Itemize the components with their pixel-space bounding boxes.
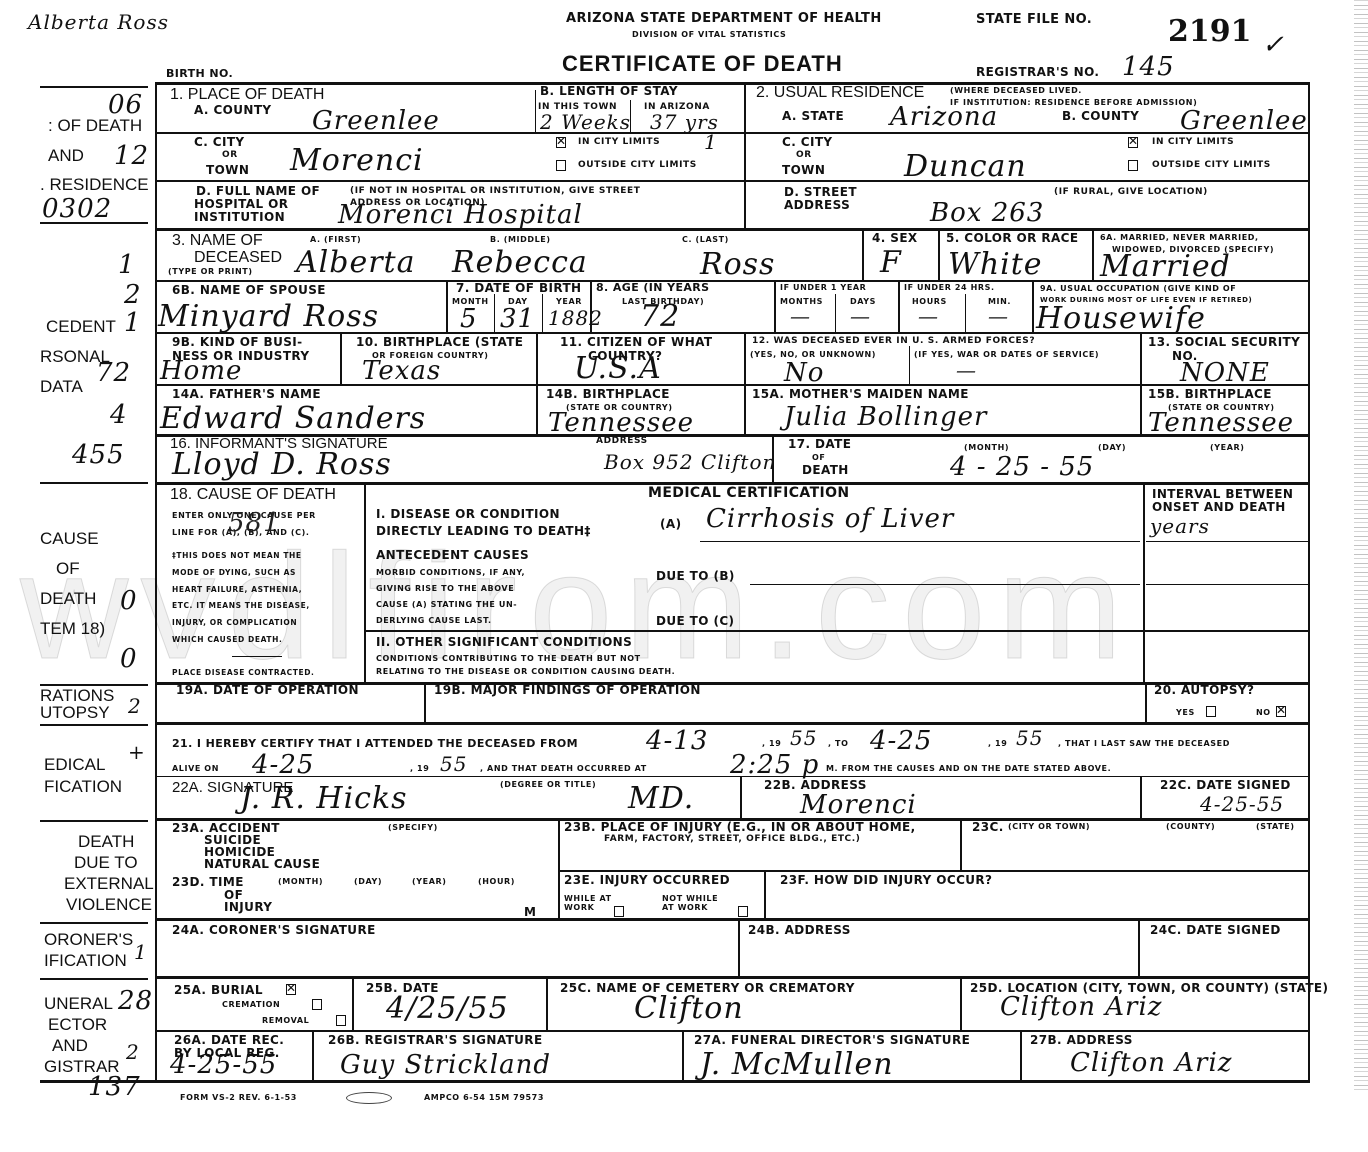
disease-label-2: DIRECTLY LEADING TO DEATH‡	[376, 525, 591, 538]
coroner-signature-label: 24A. CORONER'S SIGNATURE	[172, 924, 376, 937]
divider	[1020, 1030, 1022, 1080]
degree-label: (DEGREE OR TITLE)	[500, 781, 596, 790]
name-label-2: DECEASED	[194, 249, 282, 267]
place-contracted-label: PLACE DISEASE CONTRACTED.	[172, 669, 314, 677]
stay-label: B. LENGTH OF STAY	[540, 85, 678, 98]
margin-rule	[40, 482, 148, 484]
death-date-value[interactable]: 4 - 25 - 55	[950, 454, 1094, 480]
divider	[740, 776, 742, 818]
burial-checkbox[interactable]	[286, 984, 296, 995]
cause-code-mark: 581	[228, 510, 281, 536]
autopsy-no-label: NO	[1256, 709, 1271, 718]
attended-from-value[interactable]: 4-13	[646, 728, 708, 754]
check-mark: ✓	[1262, 32, 1285, 58]
divider	[965, 294, 966, 332]
alive-on-year[interactable]: 55	[440, 754, 467, 774]
time-of-injury-label-3: INJURY	[224, 901, 272, 914]
divider	[1145, 682, 1147, 722]
printer-mark: AMPCO 6-54 15M 79573	[424, 1094, 544, 1103]
margin-code: 12	[114, 143, 149, 169]
margin-code: 2	[126, 1042, 140, 1062]
armed-forces-label: 12. WAS DECEASED EVER IN U. S. ARMED FOR…	[752, 337, 1035, 347]
place-of-injury-label: 23B. PLACE OF INJURY (E.G., IN OR ABOUT …	[564, 821, 916, 834]
cause-instructions: INJURY, OR COMPLICATION	[172, 619, 297, 627]
marital-label: 6A. MARRIED, NEVER MARRIED,	[1100, 234, 1259, 243]
margin-code: 2	[128, 696, 142, 716]
operation-findings-label: 19B. MAJOR FINDINGS OF OPERATION	[434, 684, 701, 697]
margin-label: CAUSE	[40, 530, 99, 547]
rule	[156, 228, 1310, 231]
degree-value[interactable]: MD.	[628, 784, 694, 814]
marital-value[interactable]: Married	[1100, 252, 1231, 282]
divider	[682, 1030, 684, 1080]
year-col-label: (YEAR)	[1210, 444, 1245, 453]
margin-label: TEM 18)	[40, 620, 105, 637]
frame-right	[1308, 82, 1310, 1082]
disease-label: I. DISEASE OR CONDITION	[376, 508, 560, 521]
spouse-value[interactable]: Minyard Ross	[158, 302, 379, 332]
res-county-value[interactable]: Greenlee	[1180, 108, 1308, 134]
street-note: (IF RURAL, GIVE LOCATION)	[1054, 188, 1208, 198]
occupation-label: 9A. USUAL OCCUPATION (GIVE KIND OF	[1040, 285, 1236, 294]
date-received-value[interactable]: 4-25-55	[170, 1052, 277, 1078]
margin-label: EDICAL	[44, 756, 105, 773]
city-label-town: TOWN	[206, 164, 249, 177]
cause-instructions: ‡THIS DOES NOT MEAN THE	[172, 552, 302, 560]
medical-certification-heading: MEDICAL CERTIFICATION	[648, 486, 850, 501]
union-label-icon	[346, 1092, 392, 1104]
state-value[interactable]: Arizona	[890, 104, 998, 130]
burial-date-value[interactable]: 4/25/55	[386, 994, 509, 1024]
usual-residence-label: 2. USUAL RESIDENCE	[756, 84, 924, 102]
hours-value[interactable]: —	[918, 306, 939, 326]
burial-label: 25A. BURIAL	[174, 984, 263, 997]
state-file-number: 2191	[1168, 14, 1252, 49]
rule	[156, 1030, 1310, 1032]
frame-left	[155, 82, 157, 1082]
antecedent-text: MORBID CONDITIONS, IF ANY,	[376, 569, 525, 578]
state-file-label: STATE FILE NO.	[976, 13, 1092, 27]
year-prefix: , 19	[988, 740, 1007, 749]
margin-label: . RESIDENCE	[40, 176, 149, 193]
armed-forces-dates-label: (IF YES, WAR OR DATES OF SERVICE)	[914, 351, 1099, 360]
funeral-director-address-value[interactable]: Clifton Ariz	[1070, 1050, 1232, 1076]
other-conditions-label: II. OTHER SIGNIFICANT CONDITIONS	[376, 636, 632, 649]
margin-code: 1	[134, 942, 148, 962]
separator	[232, 656, 282, 657]
cause-of-death-label: 18. CAUSE OF DEATH	[170, 486, 336, 504]
certify-line2-end: M. FROM THE CAUSES AND ON THE DATE STATE…	[826, 765, 1111, 774]
margin-label: IFICATION	[44, 952, 127, 969]
divider	[446, 280, 448, 332]
divider	[1092, 228, 1094, 280]
interval-a-value[interactable]: years	[1150, 516, 1210, 536]
sex-label: 4. SEX	[872, 232, 918, 245]
in-city-limits-checkbox[interactable]	[556, 137, 566, 148]
divider	[744, 332, 746, 384]
cause-b-label: DUE TO (B)	[656, 570, 735, 583]
divider	[909, 346, 910, 384]
informant-address-label: ADDRESS	[596, 437, 648, 447]
interval-a-line	[1146, 541, 1308, 542]
county-label: A. COUNTY	[194, 104, 272, 117]
autopsy-yes-checkbox[interactable]	[1206, 706, 1216, 717]
occurred-label: , AND THAT DEATH OCCURRED AT	[480, 765, 647, 774]
autopsy-label: 20. AUTOPSY?	[1154, 684, 1254, 697]
time-hour-label: (HOUR)	[478, 878, 515, 887]
cremation-label: CREMATION	[222, 1001, 280, 1010]
cause-c-label: DUE TO (C)	[656, 615, 734, 628]
margin-label: DUE TO	[74, 854, 138, 871]
rule	[156, 976, 1310, 979]
margin-code: 455	[72, 442, 125, 468]
divider	[352, 976, 354, 1030]
res-city-label-or: OR	[796, 151, 812, 161]
date-signed-label: 22C. DATE SIGNED	[1160, 779, 1291, 792]
birthplace-label: 10. BIRTHPLACE (STATE	[356, 336, 523, 349]
mother-birthplace-value[interactable]: Tennessee	[1148, 410, 1294, 436]
informant-signature[interactable]: Lloyd D. Ross	[172, 450, 392, 480]
res-city-label-town: TOWN	[782, 164, 825, 177]
registrar-signature[interactable]: Guy Strickland	[340, 1052, 551, 1078]
county-value[interactable]: Greenlee	[312, 108, 440, 134]
frame-bottom	[40, 1080, 1310, 1083]
city-label-or: OR	[222, 151, 238, 161]
margin-code: 28	[118, 988, 153, 1014]
certify-text-end: , THAT I LAST SAW THE DECEASED	[1058, 740, 1230, 749]
antecedent-label: ANTECEDENT CAUSES	[376, 549, 529, 562]
meridiem-label: M	[524, 906, 536, 919]
res-outside-city-limits-checkbox[interactable]	[1128, 160, 1138, 171]
margin-label: RATIONS	[40, 687, 114, 704]
divider	[536, 332, 538, 384]
year-prefix: , 19	[762, 740, 781, 749]
injury-location-label: 23C.	[972, 821, 1004, 834]
business-label: 9B. KIND OF BUSI-	[172, 336, 303, 349]
dob-label: 7. DATE OF BIRTH	[456, 282, 581, 295]
divider	[744, 384, 746, 434]
state-label: A. STATE	[782, 110, 844, 123]
hospital-label-3: INSTITUTION	[194, 211, 285, 224]
margin-code: +	[128, 742, 146, 762]
months-value[interactable]: —	[790, 306, 811, 326]
natural-cause-label: NATURAL CAUSE	[204, 858, 320, 871]
scan-edge-noise	[1354, 0, 1368, 1090]
attended-to-year[interactable]: 55	[1016, 728, 1043, 748]
mother-name-label: 15A. MOTHER'S MAIDEN NAME	[752, 388, 969, 401]
divider	[738, 918, 740, 976]
divider	[535, 90, 536, 132]
margin-code: 72	[96, 360, 131, 386]
cause-instructions: WHICH CAUSED DEATH.	[172, 636, 282, 644]
divider	[546, 976, 548, 1030]
cemetery-value[interactable]: Clifton	[634, 994, 744, 1024]
injury-city-label: (CITY OR TOWN)	[1008, 823, 1090, 832]
res-outside-city-limits-label: OUTSIDE CITY LIMITS	[1152, 161, 1271, 171]
occupation-value[interactable]: Housewife	[1036, 304, 1206, 334]
cause-c-line	[366, 630, 1308, 632]
not-while-at-work-label: NOT WHILE AT WORK	[662, 895, 718, 913]
cause-instructions: MODE OF DYING, SUCH AS	[172, 569, 296, 577]
last-name-value[interactable]: Ross	[700, 250, 775, 280]
cause-instructions: ETC. IT MEANS THE DISEASE,	[172, 602, 310, 610]
death-date-label-2: OF	[812, 454, 825, 463]
cause-a-label: (A)	[660, 518, 681, 531]
first-name-value[interactable]: Alberta	[296, 248, 416, 278]
interval-label-2: ONSET AND DEATH	[1152, 501, 1286, 514]
operation-date-label: 19A. DATE OF OPERATION	[176, 684, 359, 697]
rule	[156, 180, 1310, 182]
coroner-date-label: 24C. DATE SIGNED	[1150, 924, 1281, 937]
day-col-label: (DAY)	[1098, 444, 1126, 453]
injury-state-label: (STATE)	[1256, 823, 1295, 832]
margin-label: EXTERNAL	[64, 875, 154, 892]
margin-label: DATA	[40, 378, 83, 395]
margin-label: UNERAL	[44, 995, 113, 1012]
how-injury-occurred-label: 23F. HOW DID INJURY OCCUR?	[780, 874, 992, 887]
margin-code: 137	[88, 1074, 141, 1100]
margin-label: OF	[56, 560, 80, 577]
father-birthplace-label: 14B. BIRTHPLACE	[546, 388, 670, 401]
death-date-label: 17. DATE	[788, 438, 851, 451]
birth-no-label: BIRTH NO.	[166, 68, 233, 80]
citizen-label: 11. CITIZEN OF WHAT	[560, 336, 712, 349]
hospital-value[interactable]: Morenci Hospital	[338, 202, 583, 228]
divider	[960, 976, 962, 1030]
citizen-value[interactable]: U.S.A	[574, 354, 662, 384]
form-id: FORM VS-2 REV. 6-1-53	[180, 1094, 297, 1103]
dob-month-value[interactable]: 5	[460, 306, 478, 332]
street-label-2: ADDRESS	[784, 199, 850, 212]
date-signed-value[interactable]: 4-25-55	[1200, 794, 1284, 814]
margin-label: UTOPSY	[40, 704, 110, 721]
year-prefix: , 19	[410, 765, 429, 774]
father-birthplace-value[interactable]: Tennessee	[548, 410, 694, 436]
removal-checkbox[interactable]	[336, 1015, 346, 1026]
autopsy-no-checkbox[interactable]	[1276, 706, 1286, 717]
street-value[interactable]: Box 263	[930, 200, 1044, 226]
city-value[interactable]: Morenci	[290, 146, 424, 176]
divider	[1032, 280, 1034, 332]
divider	[494, 294, 495, 332]
city-label: C. CITY	[194, 136, 245, 149]
antecedent-text: CAUSE (A) STATING THE UN-	[376, 601, 517, 610]
while-at-work-checkbox[interactable]	[614, 906, 624, 917]
margin-code: 4	[110, 402, 128, 428]
divider	[558, 818, 560, 918]
frame-top	[156, 82, 1310, 85]
department-heading: ARIZONA STATE DEPARTMENT OF HEALTH	[566, 12, 882, 26]
min-value[interactable]: —	[988, 306, 1009, 326]
margin-label: VIOLENCE	[66, 896, 152, 913]
divider	[938, 228, 940, 280]
armed-forces-value[interactable]: No	[784, 360, 824, 386]
other-conditions-text: RELATING TO THE DISEASE OR CONDITION CAU…	[376, 668, 675, 677]
corner-note: Alberta Ross	[28, 12, 169, 32]
sex-value[interactable]: F	[880, 248, 902, 278]
cause-a-value[interactable]: Cirrhosis of Liver	[706, 506, 954, 532]
divider	[744, 82, 746, 228]
divider	[960, 818, 962, 870]
margin-label: FICATION	[44, 778, 122, 795]
registrar-no-label: REGISTRAR'S NO.	[976, 66, 1099, 79]
page-title: CERTIFICATE OF DEATH	[562, 52, 843, 76]
physician-signature[interactable]: J. R. Hicks	[240, 784, 408, 814]
mother-name-value[interactable]: Julia Bollinger	[784, 404, 987, 430]
margin-label: AND	[52, 1037, 88, 1054]
name-label-3: (TYPE OR PRINT)	[168, 268, 253, 277]
res-city-label: C. CITY	[782, 136, 833, 149]
race-value[interactable]: White	[948, 250, 1043, 280]
informant-address-value[interactable]: Box 952 Clifton	[604, 452, 776, 472]
place-of-death-label: 1. PLACE OF DEATH	[170, 86, 324, 104]
dob-year-value[interactable]: 1882	[548, 308, 603, 328]
injury-occurred-label: 23E. INJURY OCCURRED	[564, 874, 730, 887]
res-in-city-limits-label: IN CITY LIMITS	[1152, 138, 1234, 148]
rule	[156, 722, 1310, 725]
time-of-death-value[interactable]: 2:25 p	[730, 752, 819, 778]
margin-code: 06	[108, 92, 143, 118]
divider	[424, 682, 426, 722]
in-town-value[interactable]: 2 Weeks	[540, 112, 631, 132]
margin-code: 0302	[42, 196, 112, 222]
margin-label: AND	[48, 147, 84, 164]
middle-name-value[interactable]: Rebecca	[452, 248, 588, 278]
divider	[1140, 384, 1142, 434]
attended-from-year[interactable]: 55	[790, 728, 817, 748]
birthplace-value[interactable]: Texas	[362, 358, 441, 384]
dob-day-value[interactable]: 31	[500, 306, 535, 332]
removal-label: REMOVAL	[262, 1017, 309, 1026]
father-name-value[interactable]: Edward Sanders	[160, 404, 426, 434]
divider	[835, 294, 836, 332]
spouse-label: 6B. NAME OF SPOUSE	[172, 284, 326, 297]
last-name-label: C. (LAST)	[682, 236, 729, 245]
mother-birthplace-label: 15B. BIRTHPLACE	[1148, 388, 1272, 401]
antecedent-text: DERLYING CAUSE LAST.	[376, 617, 492, 626]
registrar-signature-label: 26B. REGISTRAR'S SIGNATURE	[328, 1034, 543, 1047]
outside-city-limits-checkbox[interactable]	[556, 160, 566, 171]
cause-a-line	[700, 541, 1140, 542]
interval-b-line	[1146, 584, 1308, 585]
divider	[364, 482, 366, 682]
city-limits-mark: 1	[704, 132, 718, 152]
registrar-number: 145	[1122, 54, 1175, 80]
burial-location-value[interactable]: Clifton Ariz	[1000, 994, 1162, 1020]
under-24-hrs-label: IF UNDER 24 HRS.	[904, 284, 995, 293]
age-label: 8. AGE (IN YEARS	[596, 282, 710, 294]
divider	[340, 332, 342, 384]
middle-name-label: B. (MIDDLE)	[490, 236, 551, 245]
divider	[536, 384, 538, 434]
divider	[1138, 918, 1140, 976]
coroner-address-label: 24B. ADDRESS	[748, 924, 851, 937]
ssn-label: 13. SOCIAL SECURITY	[1148, 336, 1300, 349]
divider	[1140, 776, 1142, 818]
margin-code: 0	[120, 588, 138, 614]
other-conditions-text: CONDITIONS CONTRIBUTING TO THE DEATH BUT…	[376, 655, 641, 664]
margin-rule	[40, 724, 148, 726]
injury-county-label: (COUNTY)	[1166, 823, 1215, 832]
in-city-limits-label: IN CITY LIMITS	[578, 138, 660, 148]
autopsy-yes-label: YES	[1176, 709, 1195, 718]
name-label: 3. NAME OF	[172, 232, 263, 250]
margin-code: 1	[118, 252, 136, 278]
res-in-city-limits-checkbox[interactable]	[1128, 137, 1138, 148]
age-value[interactable]: 72	[640, 302, 680, 332]
time-month-label: (MONTH)	[278, 878, 323, 887]
race-label: 5. COLOR OR RACE	[946, 232, 1078, 245]
margin-rule	[40, 978, 148, 980]
rule	[156, 918, 1310, 921]
divider	[1140, 332, 1142, 384]
alive-on-value[interactable]: 4-25	[252, 752, 314, 778]
divider	[312, 1030, 314, 1080]
margin-label: DEATH	[78, 833, 134, 850]
hospital-note: (IF NOT IN HOSPITAL OR INSTITUTION, GIVE…	[350, 187, 641, 197]
divider	[898, 280, 900, 332]
time-day-label: (DAY)	[354, 878, 382, 887]
father-name-label: 14A. FATHER'S NAME	[172, 388, 321, 401]
res-county-label: B. COUNTY	[1062, 110, 1139, 123]
cremation-checkbox[interactable]	[312, 999, 322, 1010]
first-name-label: A. (FIRST)	[310, 236, 361, 245]
alive-on-label: ALIVE ON	[172, 765, 219, 774]
divider	[774, 280, 776, 332]
divider	[764, 870, 766, 918]
attended-to-value[interactable]: 4-25	[870, 728, 932, 754]
margin-code: 1	[124, 310, 142, 336]
divider	[862, 228, 864, 280]
division-heading: DIVISION OF VITAL STATISTICS	[632, 31, 786, 40]
rule	[156, 384, 1310, 386]
death-date-label-3: DEATH	[802, 464, 849, 477]
margin-label: ECTOR	[48, 1016, 107, 1033]
margin-code: 0	[120, 646, 138, 672]
outside-city-limits-label: OUTSIDE CITY LIMITS	[578, 161, 697, 171]
in-arizona-value[interactable]: 37 yrs	[650, 112, 719, 132]
days-value[interactable]: —	[850, 306, 871, 326]
margin-rule	[40, 86, 148, 88]
residence-note: (WHERE DECEASED LIVED.	[950, 87, 1082, 96]
not-while-at-work-checkbox[interactable]	[738, 906, 748, 917]
divider	[1143, 482, 1145, 682]
time-year-label: (YEAR)	[412, 878, 447, 887]
place-of-injury-label-2: FARM, FACTORY, STREET, OFFICE BLDG., ETC…	[604, 835, 861, 845]
funeral-director-address-label: 27B. ADDRESS	[1030, 1034, 1133, 1047]
while-at-work-label: WHILE AT WORK	[564, 895, 612, 913]
rule	[558, 870, 1310, 872]
cert-address-value[interactable]: Morenci	[800, 792, 917, 818]
under-1-year-label: IF UNDER 1 YEAR	[780, 284, 866, 293]
armed-forces-dates-value[interactable]: —	[956, 360, 977, 380]
margin-label: DEATH	[40, 590, 96, 607]
margin-label: CEDENT	[46, 318, 116, 335]
margin-rule	[40, 820, 148, 822]
cause-b-line	[750, 584, 1140, 585]
margin-rule	[40, 922, 148, 924]
ssn-value[interactable]: NONE	[1180, 360, 1270, 386]
divider	[542, 294, 543, 332]
business-value[interactable]: Home	[160, 358, 242, 384]
cause-instructions: HEART FAILURE, ASTHENIA,	[172, 586, 302, 594]
funeral-director-signature[interactable]: J. McMullen	[700, 1050, 894, 1080]
margin-code: 2	[124, 282, 142, 308]
res-city-value[interactable]: Duncan	[904, 152, 1027, 182]
to-label: , TO	[828, 740, 848, 749]
margin-label: ORONER'S	[44, 931, 133, 948]
certify-text: 21. I HEREBY CERTIFY THAT I ATTENDED THE…	[172, 738, 578, 750]
